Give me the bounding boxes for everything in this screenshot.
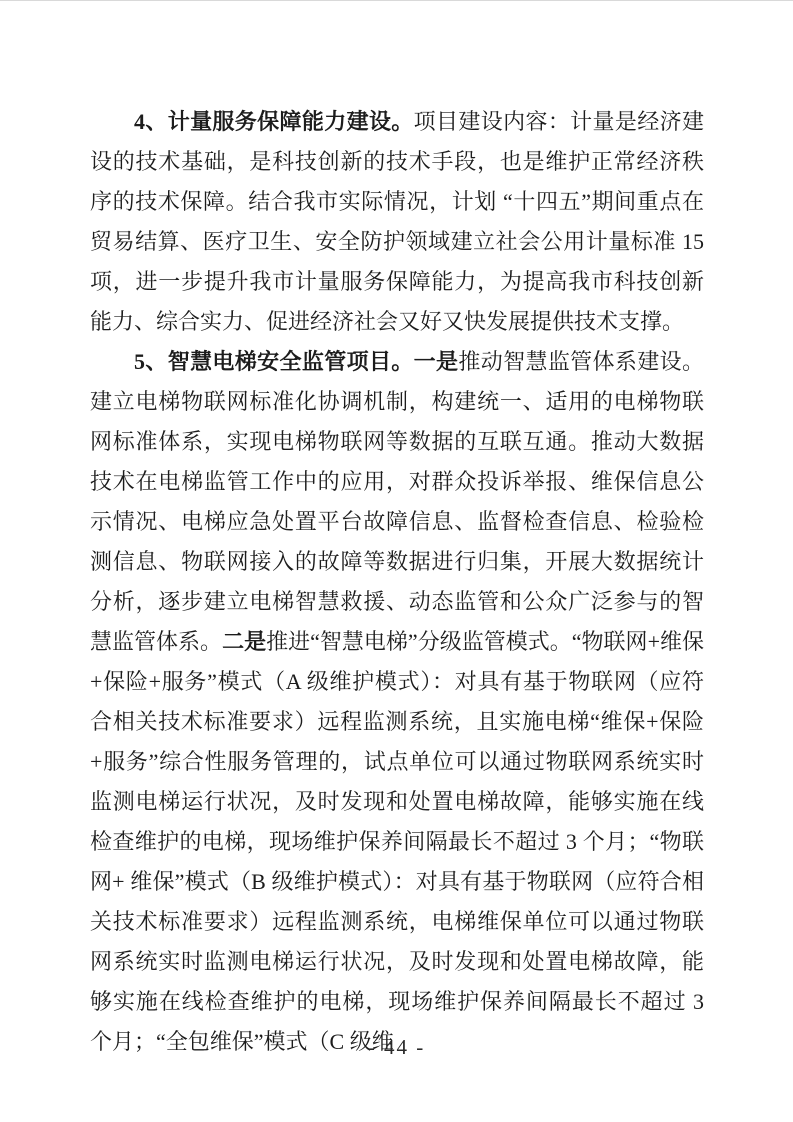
document-page: { "document": { "paragraphs": [ { "name"…	[0, 0, 793, 1122]
paragraph-item-5: 5、智慧电梯安全监管项目。一是推动智慧监管体系建设。建立电梯物联网标准化协调机制…	[90, 342, 704, 1062]
paragraph-item-4: 4、计量服务保障能力建设。项目建设内容：计量是经济建设的技术基础，是科技创新的技…	[90, 102, 704, 342]
text-segment: 推进“智慧电梯”分级监管模式。“物联网+维保+保险+服务”模式（A 级维护模式）…	[90, 629, 704, 1054]
document-body: 4、计量服务保障能力建设。项目建设内容：计量是经济建设的技术基础，是科技创新的技…	[90, 102, 704, 1062]
text-segment-bold: 4、计量服务保障能力建设。	[134, 109, 414, 134]
text-segment-bold: 二是	[222, 629, 266, 654]
text-segment: 推动智慧监管体系建设。建立电梯物联网标准化协调机制，构建统一、适用的电梯物联网标…	[90, 349, 704, 654]
text-segment-bold: 5、智慧电梯安全监管项目。一是	[134, 349, 458, 374]
page: 4、计量服务保障能力建设。项目建设内容：计量是经济建设的技术基础，是科技创新的技…	[0, 1, 793, 1122]
page-number: - 44 -	[0, 1033, 793, 1061]
text-segment: 项目建设内容：计量是经济建设的技术基础，是科技创新的技术手段，也是维护正常经济秩…	[90, 109, 704, 334]
